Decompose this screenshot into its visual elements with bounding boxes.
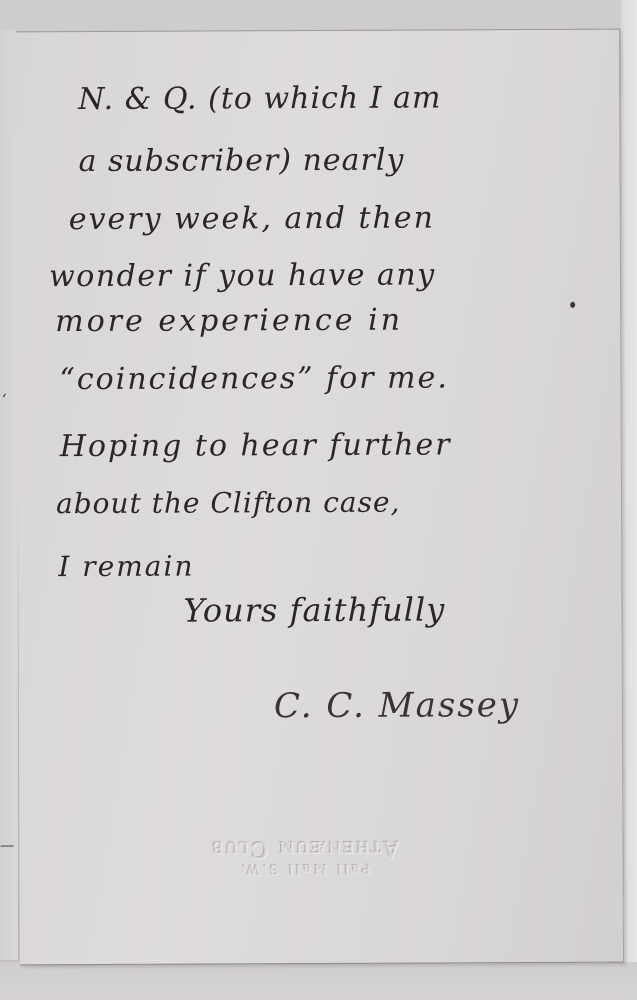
letter-line-2: a subscriber) nearly [78, 143, 404, 179]
letter-line-3: every week, and then [69, 200, 435, 237]
letter-line-8: about the Clifton case, [56, 486, 401, 521]
embossed-letterhead: Pall Mall S.W. Athenæum Club [189, 836, 419, 879]
letter-sheet: N. & Q. (to which I am a subscriber) nea… [16, 29, 624, 966]
embossed-address: Pall Mall S.W. [190, 861, 420, 877]
letter-line-6: “coincidences” for me. [59, 360, 449, 397]
letter-line-7: Hoping to hear further [60, 427, 452, 464]
letter-line-4: wonder if you have any [49, 257, 436, 294]
left-page-mark: ‘ [2, 392, 6, 408]
letter-line-9: I remain [58, 550, 194, 584]
letter-closing: Yours faithfully [183, 590, 445, 629]
letter-signature: C. C. Massey [274, 685, 520, 726]
bottom-edge-background [0, 962, 637, 1000]
embossed-club-name: Athenæum Club [189, 836, 419, 862]
ink-spot [570, 302, 575, 308]
letter-line-5: more experience in [55, 303, 403, 340]
left-page-mark: — [0, 838, 14, 854]
letter-line-1: N. & Q. (to which I am [78, 80, 441, 117]
